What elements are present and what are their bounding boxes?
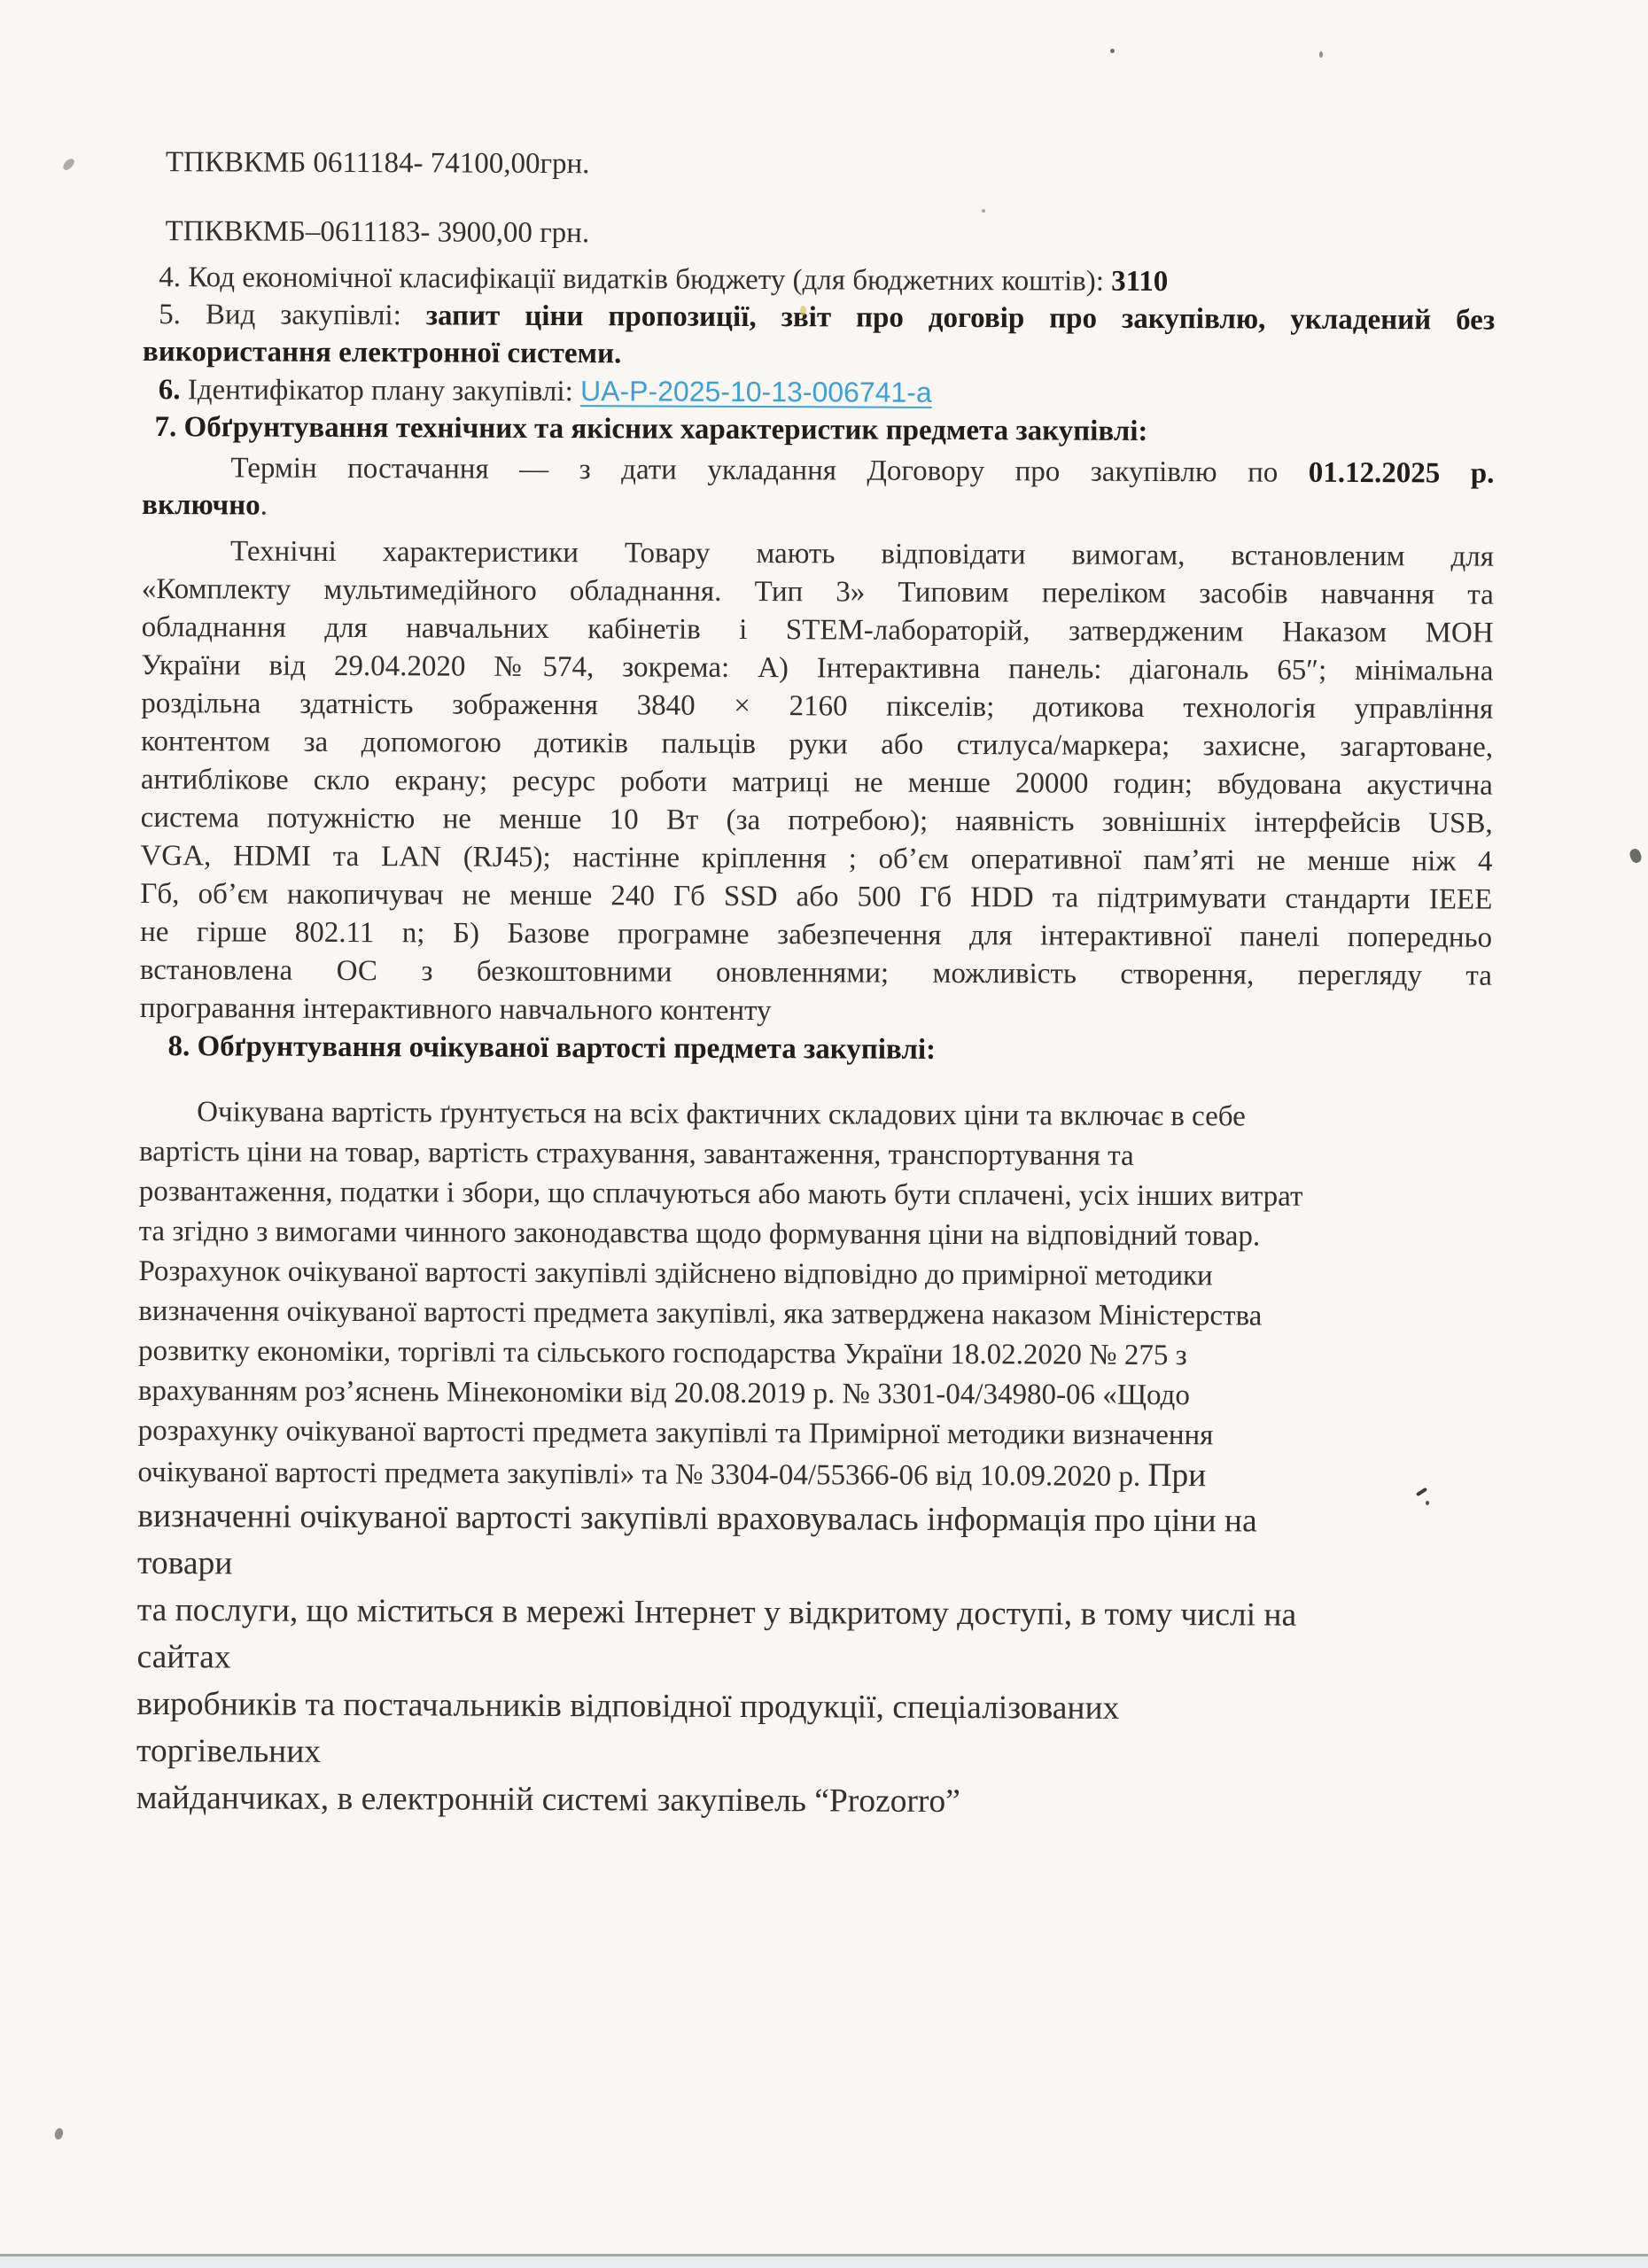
- text-segment: Технічні характеристики Товару мають від…: [230, 535, 1494, 572]
- text-segment: не гірше 802.11 n; Б) Базове програмне з…: [140, 916, 1492, 954]
- text-segment: запит ціни пропозиції, звіт про договір …: [426, 299, 1496, 336]
- scan-speck: [1319, 51, 1323, 58]
- cost-para-line-14: сайтах: [136, 1634, 1489, 1687]
- text-segment: ТПКВКМБ 0611184- 74100,00грн.: [166, 146, 590, 180]
- tech-spec-line-4: України від 29.04.2020 №574, зокрема: А)…: [141, 647, 1493, 691]
- text-segment: антиблікове скло екрану; ресурс роботи м…: [141, 764, 1493, 802]
- tech-spec-line-7: антиблікове скло екрану; ресурс роботи м…: [141, 761, 1493, 805]
- cost-para-line-17: майданчиках, в електронній системі закуп…: [136, 1775, 1489, 1828]
- cost-para-line-1: Очікувана вартість ґрунтується на всіх ф…: [139, 1092, 1491, 1138]
- cost-para-line-9: розрахунку очікуваної вартості предмета …: [138, 1411, 1490, 1457]
- text-segment: .: [260, 490, 268, 522]
- cost-para-line-8: врахуванням роз’яснень Мінекономіки від …: [138, 1371, 1490, 1417]
- cost-para-line-4: та згідно з вимогами чинного законодавст…: [139, 1212, 1491, 1258]
- section-8-heading: 8. Обґрунтування очікуваної вартості пре…: [139, 1028, 1491, 1071]
- document-body: ТПКВКМБ 0611184- 74100,00грн.ТПКВКМБ–061…: [136, 144, 1496, 1828]
- text-segment: При: [1147, 1457, 1206, 1494]
- tech-spec-line-10: Гб, об’єм накопичувач не менше 240 Гб SS…: [140, 875, 1492, 920]
- tech-spec-line-8: система потужністю не менше 10 Вт (за по…: [141, 799, 1493, 843]
- section-7-heading: 7. Обґрунтування технічних та якісних ха…: [143, 408, 1495, 452]
- cost-para-line-10: очікуваної вартості предмета закупівлі» …: [137, 1451, 1489, 1499]
- text-segment: та послуги, що міститься в мережі Інтерн…: [137, 1592, 1297, 1634]
- text-segment: Розрахунок очікуваної вартості закупівлі…: [138, 1255, 1212, 1292]
- text-segment: майданчиках, в електронній системі закуп…: [136, 1780, 960, 1820]
- term-line-2: включно.: [142, 486, 1494, 530]
- text-segment: та згідно з вимогами чинного законодавст…: [139, 1216, 1261, 1253]
- tech-spec-line-3: обладнання для навчальних кабінетів і ST…: [142, 609, 1494, 653]
- text-segment: 7. Обґрунтування технічних та якісних ха…: [155, 411, 1148, 447]
- text-segment: товари: [137, 1545, 233, 1581]
- text-segment: вартість ціни на товар, вартість страхув…: [139, 1136, 1134, 1172]
- scan-speck: [61, 157, 75, 172]
- item-5-line-2: використання електронної системи.: [143, 333, 1495, 377]
- cost-para-line-13: та послуги, що міститься в мережі Інтерн…: [137, 1587, 1489, 1640]
- text-segment: 5. Вид закупівлі:: [159, 299, 426, 331]
- text-segment: використання електронної системи.: [143, 336, 621, 369]
- cost-para-line-15: виробників та постачальників відповідної…: [136, 1681, 1489, 1734]
- text-segment: сайтах: [136, 1639, 230, 1675]
- text-segment: Ідентифікатор плану закупівлі:: [180, 374, 580, 408]
- budget-line-2: ТПКВКМБ–0611183- 3900,00 грн.: [143, 213, 1495, 256]
- text-segment: визначення очікуваної вартості предмета …: [138, 1295, 1262, 1332]
- tech-spec-line-13: програвання інтерактивного навчального к…: [140, 990, 1492, 1034]
- text-segment: VGA, HDMI та LAN (RJ45); настінне кріпле…: [140, 840, 1492, 878]
- text-segment: 6.: [159, 374, 181, 406]
- text-segment: Гб, об’єм накопичувач не менше 240 Гб SS…: [140, 878, 1492, 916]
- tech-spec-line-6: контентом за допомогою дотиків пальців р…: [141, 723, 1493, 767]
- tech-spec-line-11: не гірше 802.11 n; Б) Базове програмне з…: [140, 913, 1492, 958]
- text-segment: 01.12.2025 р.: [1309, 457, 1495, 490]
- scan-speck: [1629, 847, 1644, 864]
- cost-para-line-12: товари: [137, 1540, 1489, 1593]
- item-5-line-1: 5. Вид закупівлі: запит ціни пропозиції,…: [143, 296, 1495, 339]
- text-segment: встановлена ОС з безкоштовними оновлення…: [140, 954, 1492, 992]
- item-6-line: 6. Ідентифікатор плану закупівлі: UA-P-2…: [143, 370, 1495, 415]
- scanned-document-page: ТПКВКМБ 0611184- 74100,00грн.ТПКВКМБ–061…: [0, 0, 1648, 2268]
- text-segment: система потужністю не менше 10 Вт (за по…: [141, 802, 1493, 840]
- text-segment: очікуваної вартості предмета закупівлі» …: [137, 1456, 1147, 1493]
- text-segment: програвання інтерактивного навчального к…: [140, 992, 772, 1027]
- text-segment: України від 29.04.2020 №574, зокрема: А)…: [141, 649, 1493, 687]
- text-segment: включно: [142, 489, 260, 522]
- text-segment: виробників та постачальників відповідної…: [136, 1686, 1119, 1727]
- text-segment: розвантаження, податки і збори, що сплач…: [139, 1176, 1303, 1213]
- text-segment: контентом за допомогою дотиків пальців р…: [141, 726, 1493, 764]
- text-segment: Очікувана вартість ґрунтується на всіх ф…: [197, 1096, 1246, 1132]
- budget-line-1: ТПКВКМБ 0611184- 74100,00грн.: [144, 144, 1496, 187]
- text-segment: визначенні очікуваної вартості закупівлі…: [137, 1498, 1257, 1540]
- cost-para-line-16: торгівельних: [136, 1728, 1489, 1781]
- item-4-line: 4. Код економічної класифікації видатків…: [143, 259, 1495, 302]
- cost-para-line-5: Розрахунок очікуваної вартості закупівлі…: [138, 1252, 1490, 1298]
- cost-para-line-11: визначенні очікуваної вартості закупівлі…: [137, 1493, 1489, 1546]
- text-segment: врахуванням роз’яснень Мінекономіки від …: [138, 1375, 1190, 1411]
- text-segment: Термін постачання — з дати укладання Дог…: [230, 452, 1309, 488]
- text-segment: торгівельних: [136, 1733, 321, 1770]
- scanner-bed-strip: [0, 2256, 1648, 2268]
- text-segment: роздільна здатність зображення 3840 × 21…: [141, 687, 1493, 726]
- term-line-1: Термін постачання — з дати укладання Дог…: [142, 449, 1494, 493]
- cost-para-line-7: розвитку економіки, торгівлі та сільсько…: [138, 1332, 1490, 1378]
- tech-spec-line-1: Технічні характеристики Товару мають від…: [142, 532, 1494, 577]
- tech-spec-line-12: встановлена ОС з безкоштовними оновлення…: [140, 951, 1492, 996]
- scan-speck: [1110, 49, 1115, 53]
- cost-para-line-2: вартість ціни на товар, вартість страхув…: [139, 1132, 1491, 1178]
- tech-spec-line-2: «Комплекту мультимедійного обладнання. Т…: [142, 571, 1494, 615]
- text-segment: 3110: [1111, 266, 1168, 298]
- text-segment: обладнання для навчальних кабінетів і ST…: [142, 611, 1494, 649]
- scan-speck: [54, 2127, 65, 2140]
- text-segment: «Комплекту мультимедійного обладнання. Т…: [142, 573, 1494, 611]
- cost-para-line-3: розвантаження, податки і збори, що сплач…: [139, 1172, 1491, 1218]
- text-segment: ТПКВКМБ–0611183- 3900,00 грн.: [165, 215, 589, 249]
- text-segment: розрахунку очікуваної вартості предмета …: [138, 1415, 1214, 1451]
- text-segment: розвитку економіки, торгівлі та сільсько…: [138, 1335, 1187, 1371]
- plan-id-link[interactable]: UA-P-2025-10-13-006741-a: [580, 375, 932, 408]
- tech-spec-line-9: VGA, HDMI та LAN (RJ45); настінне кріпле…: [140, 837, 1492, 882]
- text-segment: 8. Обґрунтування очікуваної вартості пре…: [167, 1030, 936, 1066]
- text-segment: 4. Код економічної класифікації видатків…: [159, 261, 1111, 298]
- cost-para-line-6: визначення очікуваної вартості предмета …: [138, 1292, 1490, 1338]
- tech-spec-line-5: роздільна здатність зображення 3840 × 21…: [141, 685, 1493, 729]
